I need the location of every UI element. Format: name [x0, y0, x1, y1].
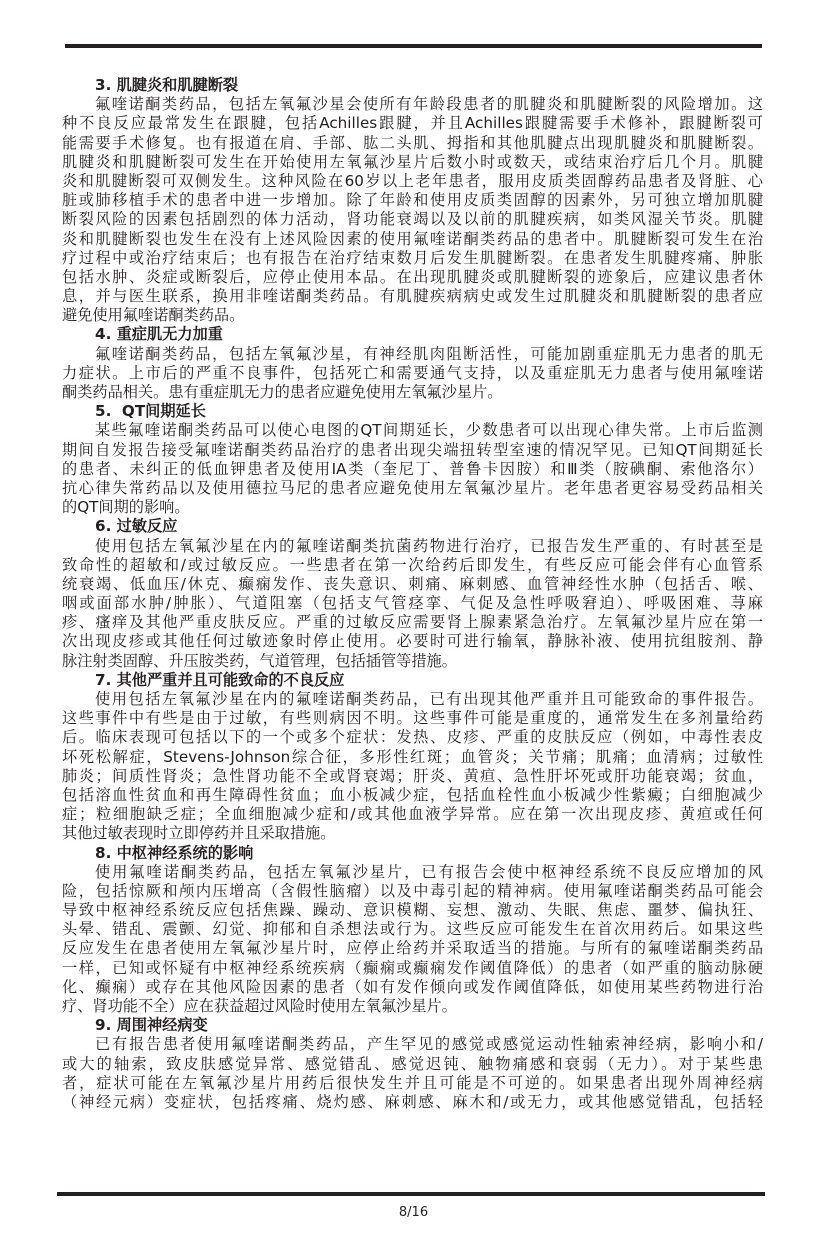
paragraph-line: 咽或面部水肿/肿胀）、气道阻塞（包括支气管痉挛、气促及急性呼吸窘迫）、呼吸困难、…	[62, 594, 763, 613]
paragraph-line: 坏死松解症，Stevens-Johnson综合征，多形性红斑；血管炎；关节痛；肌…	[62, 748, 763, 767]
paragraph-line: 导致中枢神经系统反应包括焦躁、躁动、意识模糊、妄想、激动、失眠、焦虑、噩梦、偏执…	[62, 901, 763, 920]
paragraph-line: 已有报告患者使用氟喹诺酮类药品，产生罕见的感觉或感觉运动性轴索神经病，影响小和/	[62, 1035, 763, 1054]
paragraph-line: 者，症状可能在左氧氟沙星片用药后很快发生并且可能是不可逆的。如果患者出现外周神经…	[62, 1074, 763, 1093]
paragraph-line: 险，包括惊厥和颅内压增高（含假性脑瘤）以及中毒引起的精神病。使用氟喹诺酮类药品可…	[62, 882, 763, 901]
section-qt-prolongation: 5. QT间期延长 某些氟喹诺酮类药品可以使心电图的QT间期延长，少数患者可以出…	[62, 402, 763, 517]
paragraph-line: 其他过敏表现时立即停药并且采取措施。	[62, 824, 763, 843]
paragraph-line: 断裂风险的因素包括剧烈的体力活动，肾功能衰竭以及以前的肌腱疾病，如类风湿关节炎。…	[62, 210, 763, 229]
paragraph-line: 肺炎；间质性肾炎；急性肾功能不全或肾衰竭；肝炎、黄疸、急性肝坏死或肝功能衰竭；贫…	[62, 767, 763, 786]
paragraph-line: 疗、肾功能不全）应在获益超过风险时使用左氧氟沙星片。	[62, 997, 763, 1016]
paragraph-line: 致命性的超敏和/或过敏反应。一些患者在第一次给药后即发生，有些反应可能会伴有心血…	[62, 556, 763, 575]
paragraph-line: 疗过程中或治疗结束后；也有报告在治疗结束数月后发生肌腱断裂。在患者发生肌腱疼痛、…	[62, 249, 763, 268]
paragraph-line: 炎和肌腱断裂可双侧发生。这种风险在60岁以上老年患者，服用皮质类固醇药品患者及肾…	[62, 172, 763, 191]
paragraph-line: 包括溶血性贫血和再生障碍性贫血；血小板减少症，包括血栓性血小板减少性紫癜；白细胞…	[62, 786, 763, 805]
paragraph-line: 炎和肌腱断裂也发生在没有上述风险因素的使用氟喹诺酮类药品的患者中。肌腱断裂可发生…	[62, 230, 763, 249]
paragraph-line: 使用包括左氧氟沙星在内的氟喹诺酮类抗菌药物进行治疗，已报告发生严重的、有时甚至是	[62, 537, 763, 556]
paragraph-line: 头晕、错乱、震颤、幻觉、抑郁和自杀想法或行为。这些反应可能发生在首次用药后。如果…	[62, 920, 763, 939]
section-heading: 6. 过敏反应	[62, 517, 763, 536]
paragraph-line: 酮类药品相关。患有重症肌无力的患者应避免使用左氧氟沙星片。	[62, 383, 763, 402]
section-tendinitis: 3. 肌腱炎和肌腱断裂 氟喹诺酮类药品，包括左氧氟沙星会使所有年龄段患者的肌腱炎…	[62, 76, 763, 325]
paragraph-line: 息，并与医生联系，换用非喹诺酮类药品。有肌腱疾病病史或发生过肌腱炎和肌腱断裂的患…	[62, 287, 763, 306]
section-heading: 9. 周围神经病变	[62, 1016, 763, 1035]
paragraph-line: 肌腱炎和肌腱断裂可发生在开始使用左氧氟沙星片后数小时或数天，或结束治疗后几个月。…	[62, 153, 763, 172]
paragraph-line: 反应发生在患者使用左氧氟沙星片时，应停止给药并采取适当的措施。与所有的氟喹诺酮类…	[62, 939, 763, 958]
paragraph-line: （神经元病）变症状，包括疼痛、烧灼感、麻刺感、麻木和/或无力，或其他感觉错乱，包…	[62, 1093, 763, 1112]
paragraph-line: 的QT间期的影响。	[62, 498, 763, 517]
paragraph-line: 氟喹诺酮类药品，包括左氧氟沙星，有神经肌肉阻断活性，可能加剧重症肌无力患者的肌无	[62, 345, 763, 364]
section-cns-effects: 8. 中枢神经系统的影响 使用氟喹诺酮类药品，包括左氧氟沙星片，已有报告会使中枢…	[62, 844, 763, 1017]
paragraph-line: 这些事件中有些是由于过敏，有些则病因不明。这些事件可能是重度的，通常发生在多剂量…	[62, 709, 763, 728]
section-peripheral-neuropathy: 9. 周围神经病变 已有报告患者使用氟喹诺酮类药品，产生罕见的感觉或感觉运动性轴…	[62, 1016, 763, 1112]
page-number: 8/16	[0, 1204, 827, 1222]
section-heading: 8. 中枢神经系统的影响	[62, 844, 763, 863]
section-heading: 3. 肌腱炎和肌腱断裂	[62, 76, 763, 95]
section-heading: 7. 其他严重并且可能致命的不良反应	[62, 671, 763, 690]
paragraph-line: 脏或肺移植手术的患者中进一步增加。除了年龄和使用皮质类固醇的因素外，另可独立增加…	[62, 191, 763, 210]
section-hypersensitivity: 6. 过敏反应 使用包括左氧氟沙星在内的氟喹诺酮类抗菌药物进行治疗，已报告发生严…	[62, 517, 763, 671]
paragraph-line: 使用氟喹诺酮类药品，包括左氧氟沙星片，已有报告会使中枢神经系统不良反应增加的风	[62, 863, 763, 882]
section-myasthenia-gravis: 4. 重症肌无力加重 氟喹诺酮类药品，包括左氧氟沙星，有神经肌肉阻断活性，可能加…	[62, 325, 763, 402]
section-heading: 4. 重症肌无力加重	[62, 325, 763, 344]
paragraph-line: 统衰竭、低血压/休克、癫痫发作、丧失意识、刺痛、麻刺感、血管神经性水肿（包括舌、…	[62, 575, 763, 594]
header-rule	[65, 44, 762, 48]
paragraph-line: 或大的轴索，致皮肤感觉异常、感觉错乱、感觉迟钝、触物痛感和衰弱（无力）。对于某些…	[62, 1055, 763, 1074]
paragraph-line: 一样，已知或怀疑有中枢神经系统疾病（癫痫或癫痫发作阈值降低）的患者（如严重的脑动…	[62, 959, 763, 978]
paragraph-line: 某些氟喹诺酮类药品可以使心电图的QT间期延长，少数患者可以出现心律失常。上市后监…	[62, 421, 763, 440]
paragraph-line: 抗心律失常药品以及使用德拉马尼的患者应避免使用左氧氟沙星片。老年患者更容易受药品…	[62, 479, 763, 498]
paragraph-line: 脉注射类固醇、升压胺类药，气道管理，包括插管等措施。	[62, 652, 763, 671]
paragraph-line: 种不良反应最常发生在跟腱，包括Achilles跟腱，并且Achilles跟腱需要…	[62, 114, 763, 133]
paragraph-line: 的患者、未纠正的低血钾患者及使用IA类（奎尼丁、普鲁卡因胺）和Ⅲ类（胺碘酮、索他…	[62, 460, 763, 479]
paragraph-line: 避免使用氟喹诺酮类药品。	[62, 306, 763, 325]
paragraph-line: 化、癫痫）或存在其他风险因素的患者（如有发作倾向或发作阈值降低，如使用某些药物进…	[62, 978, 763, 997]
document-body: 3. 肌腱炎和肌腱断裂 氟喹诺酮类药品，包括左氧氟沙星会使所有年龄段患者的肌腱炎…	[62, 76, 763, 1112]
section-other-serious-reactions: 7. 其他严重并且可能致命的不良反应 使用包括左氧氟沙星在内的氟喹诺酮类药品，已…	[62, 671, 763, 844]
paragraph-line: 包括水肿、炎症或断裂后，应停止使用本品。在出现肌腱炎或肌腱断裂的迹象后，应建议患…	[62, 268, 763, 287]
paragraph-line: 使用包括左氧氟沙星在内的氟喹诺酮类药品，已有出现其他严重并且可能致命的事件报告。	[62, 690, 763, 709]
paragraph-line: 后。临床表现可包括以下的一个或多个症状：发热、皮疹、严重的皮肤反应（例如，中毒性…	[62, 728, 763, 747]
paragraph-line: 症；粒细胞缺乏症；全血细胞减少症和/或其他血液学异常。应在第一次出现皮疹、黄疸或…	[62, 805, 763, 824]
footer-rule	[57, 1192, 765, 1196]
paragraph-line: 力症状。上市后的严重不良事件，包括死亡和需要通气支持，以及重症肌无力患者与使用氟…	[62, 364, 763, 383]
paragraph-line: 氟喹诺酮类药品，包括左氧氟沙星会使所有年龄段患者的肌腱炎和肌腱断裂的风险增加。这	[62, 95, 763, 114]
paragraph-line: 能需要手术修复。也有报道在肩、手部、肱二头肌、拇指和其他肌腱点出现肌腱炎和肌腱断…	[62, 134, 763, 153]
paragraph-line: 次出现皮疹或其他任何过敏迹象时停止使用。必要时可进行输氧，静脉补液、使用抗组胺剂…	[62, 632, 763, 651]
paragraph-line: 期间自发报告接受氟喹诺酮类药品治疗的患者出现尖端扭转型室速的情况罕见。已知QT间…	[62, 441, 763, 460]
section-heading: 5. QT间期延长	[62, 402, 763, 421]
paragraph-line: 疹、瘙痒及其他严重皮肤反应。严重的过敏反应需要肾上腺素紧急治疗。左氧氟沙星片应在…	[62, 613, 763, 632]
